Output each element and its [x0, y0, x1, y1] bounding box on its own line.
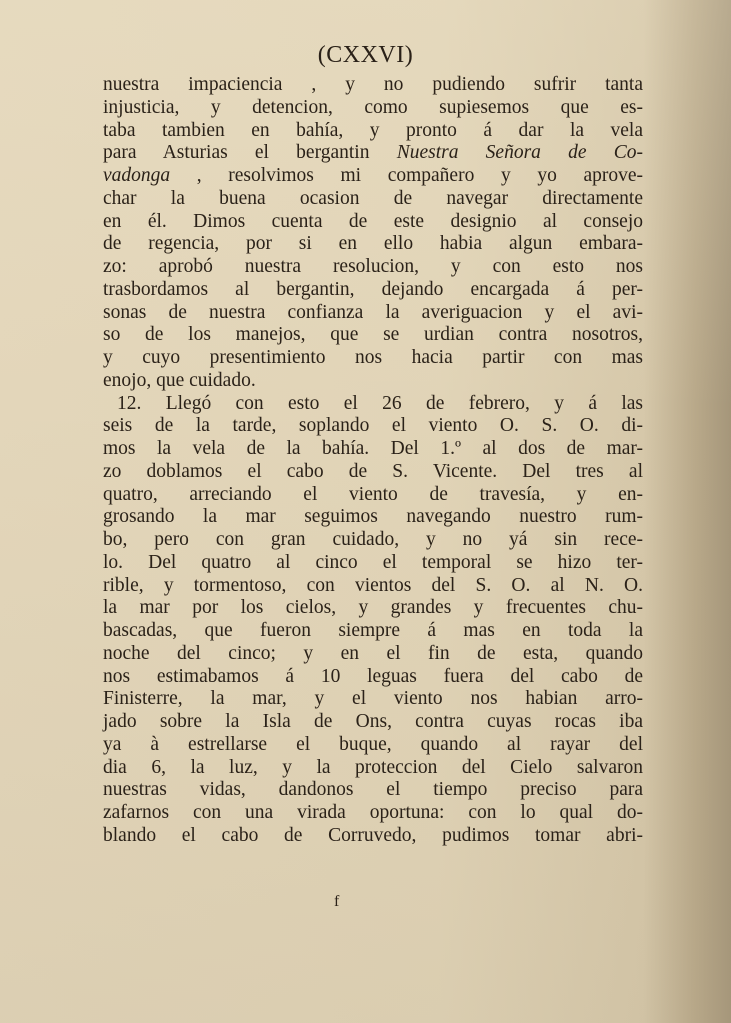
text-line: quatro, arreciando el viento de travesía…: [103, 484, 643, 507]
text-line: Finisterre, la mar, y el viento nos habi…: [103, 688, 643, 711]
text-segment: , resolvimos mi compañero y yo aprove-: [170, 165, 643, 186]
text-line-with-ship-name-cont: vadonga , resolvimos mi compañero y yo a…: [103, 165, 643, 188]
text-line: jado sobre la Isla de Ons, contra cuyas …: [103, 711, 643, 734]
text-line: y cuyo presentimiento nos hacia partir c…: [103, 347, 643, 370]
ship-name-italic-cont: vadonga: [103, 165, 170, 186]
text-line: la mar por los cielos, y grandes y frecu…: [103, 597, 643, 620]
text-line: char la buena ocasion de navegar directa…: [103, 188, 643, 211]
text-line: zafarnos con una virada oportuna: con lo…: [103, 802, 643, 825]
text-line: mos la vela de la bahía. Del 1.º al dos …: [103, 438, 643, 461]
text-line: noche del cinco; y en el fin de esta, qu…: [103, 643, 643, 666]
text-segment: para Asturias el bergantin: [103, 142, 397, 163]
text-line: injusticia, y detencion, como supiesemos…: [103, 97, 643, 120]
book-page: (CXXVI) nuestra impaciencia , y no pudie…: [0, 0, 731, 1023]
body-text: nuestra impaciencia , y no pudiendo sufr…: [103, 74, 643, 848]
text-line: rible, y tormentoso, con vientos del S. …: [103, 575, 643, 598]
text-line: zo: aprobó nuestra resolucion, y con est…: [103, 256, 643, 279]
text-line: ya à estrellarse el buque, quando al ray…: [103, 734, 643, 757]
text-line-paragraph-12-start: 12. Llegó con esto el 26 de febrero, y á…: [103, 393, 643, 416]
text-line: bo, pero con gran cuidado, y no yá sin r…: [103, 529, 643, 552]
text-line: trasbordamos al bergantin, dejando encar…: [103, 279, 643, 302]
text-line: blando el cabo de Corruvedo, pudimos tom…: [103, 825, 643, 848]
text-line: nuestra impaciencia , y no pudiendo sufr…: [103, 74, 643, 97]
printer-signature-mark: f: [334, 893, 339, 911]
ship-name-italic: Nuestra Señora de Co-: [397, 142, 643, 163]
text-line: bascadas, que fueron siempre á mas en to…: [103, 620, 643, 643]
page-header: (CXXVI): [0, 42, 731, 69]
text-line-paragraph-end: enojo, que cuidado.: [103, 370, 643, 393]
text-line: en él. Dimos cuenta de este designio al …: [103, 211, 643, 234]
text-line: zo doblamos el cabo de S. Vicente. Del t…: [103, 461, 643, 484]
text-line: nuestras vidas, dandonos el tiempo preci…: [103, 779, 643, 802]
text-line: sonas de nuestra confianza la averiguaci…: [103, 302, 643, 325]
text-line-with-ship-name: para Asturias el bergantin Nuestra Señor…: [103, 142, 643, 165]
page-number-roman: (CXXVI): [318, 42, 413, 68]
text-line: grosando la mar seguimos navegando nuest…: [103, 506, 643, 529]
text-line: de regencia, por si en ello habia algun …: [103, 233, 643, 256]
text-line: dia 6, la luz, y la proteccion del Cielo…: [103, 757, 643, 780]
text-line: seis de la tarde, soplando el viento O. …: [103, 415, 643, 438]
text-line: so de los manejos, que se urdian contra …: [103, 324, 643, 347]
text-line: lo. Del quatro al cinco el temporal se h…: [103, 552, 643, 575]
text-line: taba tambien en bahía, y pronto á dar la…: [103, 120, 643, 143]
text-line: nos estimabamos á 10 leguas fuera del ca…: [103, 666, 643, 689]
